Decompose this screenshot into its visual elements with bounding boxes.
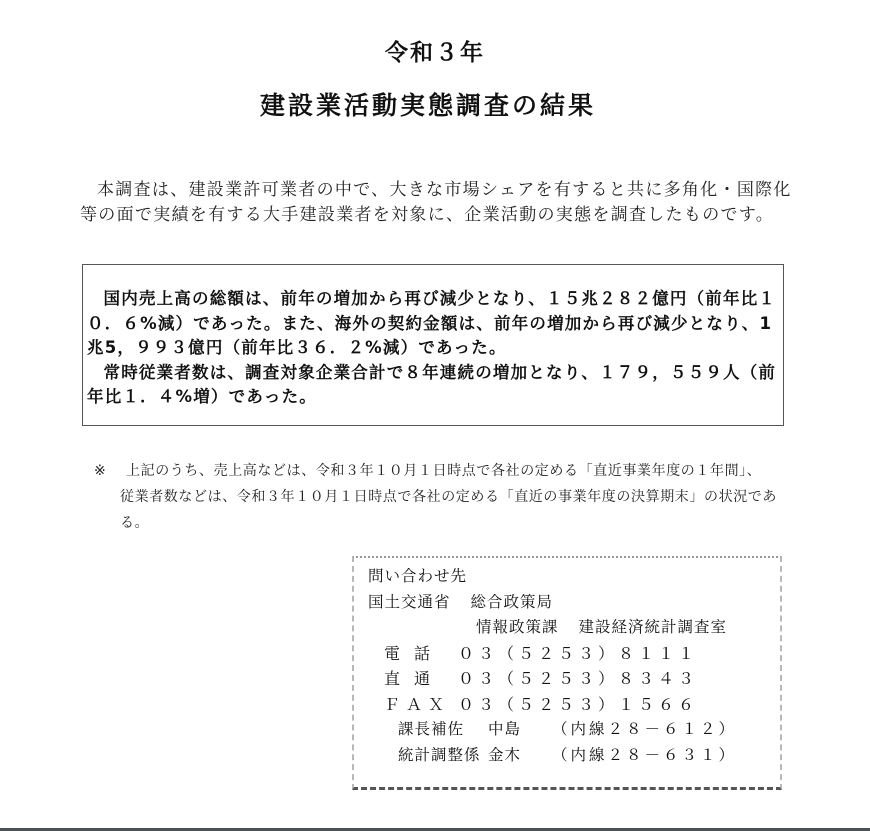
staff-role: 課長補佐	[398, 717, 488, 743]
staff-extension: （内線２８－６１２）	[552, 720, 737, 738]
staff-extension: （内線２８－６３１）	[552, 746, 737, 764]
summary-employees-paragraph: 常時従業者数は、調査対象企業合計で８年連続の増加となり、１７９，５５９人（前年比…	[87, 361, 781, 410]
contact-office: 建設経済統計調査室	[579, 618, 728, 636]
phone-label: 電話	[384, 641, 458, 667]
contact-division-row: 情報政策課建設経済統計調査室	[368, 615, 737, 641]
staff-role: 統計調整係	[398, 743, 488, 769]
contact-staff-row: 統計調整係金木（内線２８－６３１）	[368, 743, 737, 769]
summary-text: 国内売上高の総額は、前年の増加から再び減少となり、１５兆２８２億円（前年比１０．…	[87, 287, 781, 410]
document-title-year: 令和３年	[0, 34, 870, 67]
contact-direct-row: 直通０３（５２５３）８３４３	[368, 666, 737, 692]
intro-text: 本調査は、建設業許可業者の中で、大きな市場シェアを有すると共に多角化・国際化等の…	[80, 178, 800, 228]
contact-info: 問い合わせ先 国土交通省総合政策局 情報政策課建設経済統計調査室 電話０３（５２…	[368, 564, 737, 768]
contact-box: 問い合わせ先 国土交通省総合政策局 情報政策課建設経済統計調査室 電話０３（５２…	[352, 556, 782, 790]
contact-fax-row: ＦＡＸ０３（５２５３）１５６６	[368, 692, 737, 718]
staff-name: 金木	[488, 743, 552, 769]
contact-bureau: 総合政策局	[471, 593, 554, 611]
footnote-line: 従業者数などは、令和３年１０月１日時点で各社の定める「直近の事業年度の決算期末」…	[120, 484, 794, 510]
footnote-line: る。	[120, 510, 794, 536]
footnote-body: 上記のうち、売上高などは、令和３年１０月１日時点で各社の定める「直近事業年度の１…	[120, 458, 794, 536]
fax-number: ０３（５２５３）１５６６	[458, 695, 698, 714]
contact-division: 情報政策課	[476, 618, 559, 636]
footnote: ※ 上記のうち、売上高などは、令和３年１０月１日時点で各社の定める「直近事業年度…	[94, 458, 794, 536]
fax-label: ＦＡＸ	[384, 692, 458, 718]
footnote-mark: ※	[94, 458, 106, 484]
direct-number: ０３（５２５３）８３４３	[458, 669, 698, 688]
intro-paragraph: 本調査は、建設業許可業者の中で、大きな市場シェアを有すると共に多角化・国際化等の…	[80, 178, 800, 228]
contact-phone-row: 電話０３（５２５３）８１１１	[368, 641, 737, 667]
contact-staff-row: 課長補佐中島（内線２８－６１２）	[368, 717, 737, 743]
contact-ministry-row: 国土交通省総合政策局	[368, 590, 737, 616]
summary-sales-paragraph: 国内売上高の総額は、前年の増加から再び減少となり、１５兆２８２億円（前年比１０．…	[87, 287, 781, 361]
contact-heading: 問い合わせ先	[368, 564, 737, 590]
summary-box: 国内売上高の総額は、前年の増加から再び減少となり、１５兆２８２億円（前年比１０．…	[82, 264, 784, 426]
direct-label: 直通	[384, 666, 458, 692]
footnote-line: 上記のうち、売上高などは、令和３年１０月１日時点で各社の定める「直近事業年度の１…	[120, 458, 794, 484]
staff-name: 中島	[488, 717, 552, 743]
contact-ministry: 国土交通省	[368, 593, 451, 611]
phone-number: ０３（５２５３）８１１１	[458, 644, 698, 663]
document-title: 建設業活動実態調査の結果	[0, 86, 856, 122]
